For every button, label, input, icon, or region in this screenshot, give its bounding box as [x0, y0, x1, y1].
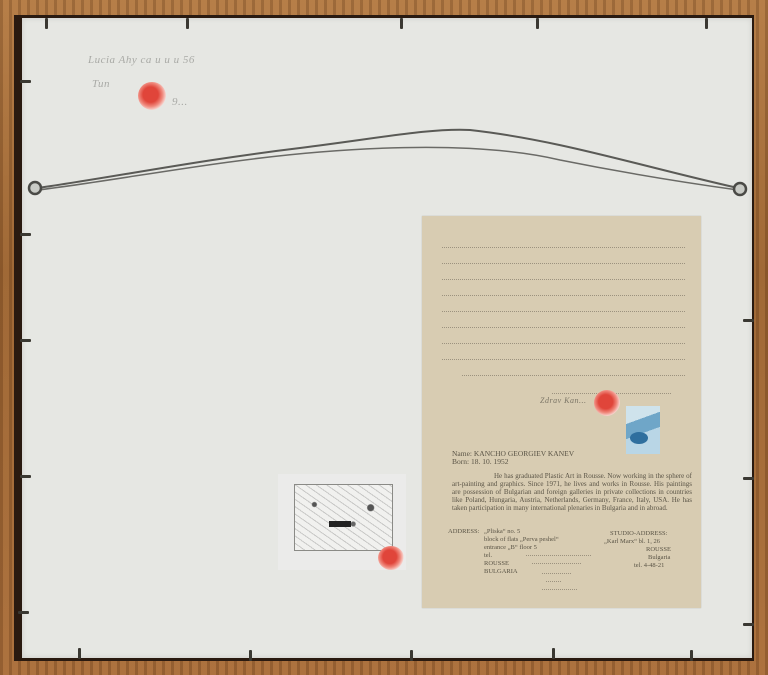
studio-address-line: ROUSSE [646, 546, 671, 554]
address-line: „Pliska“ no. 5 [484, 528, 520, 536]
bio-text: He has graduated Plastic Art in Rousse. … [452, 472, 692, 512]
handwriting-line [462, 374, 685, 376]
studio-address-line: tel. 4-48-21 [634, 562, 664, 570]
wax-seal-icon [594, 390, 620, 416]
handwriting-line [442, 246, 685, 248]
address-line: BULGARIA [484, 568, 518, 576]
address-line: ROUSSE [484, 560, 509, 568]
handwriting-line [442, 358, 685, 360]
handwritten-address-line [546, 580, 561, 582]
screw-eye-left-icon [29, 182, 41, 194]
address-line: block of flats „Perva peshel“ [484, 536, 559, 544]
handwritten-address-line [542, 588, 577, 590]
stamp-emblem-icon [630, 432, 648, 444]
handwriting-line [442, 326, 685, 328]
address-line: entrance „B“ floor 5 [484, 544, 537, 552]
studio-address-line: „Karl Marx“ bl. 1, 26 [604, 538, 660, 546]
artist-born: Born: 18. 10. 1952 [452, 458, 692, 466]
signature: Zdrav Kan... [540, 396, 586, 405]
wax-seal-icon [378, 546, 404, 570]
handwriting-line [442, 262, 685, 264]
handwriting-line [442, 342, 685, 344]
handwriting-line [442, 294, 685, 296]
small-sketch-print [278, 474, 406, 570]
sketch-detail [329, 521, 351, 527]
address-heading: ADDRESS: [448, 528, 479, 536]
screw-eye-right-icon [734, 183, 746, 195]
sketch-image [294, 484, 393, 551]
artist-bio: Name: KANCHO GEORGIEV KANEV Born: 18. 10… [452, 450, 692, 512]
postage-stamp [626, 406, 660, 454]
artist-label: Zdrav Kan... Name: KANCHO GEORGIEV KANEV… [422, 216, 701, 608]
studio-address-heading: STUDIO-ADDRESS: [610, 530, 667, 538]
handwritten-address-line [542, 572, 571, 574]
studio-address-line: Bulgaria [648, 554, 670, 562]
handwritten-address-line [526, 554, 591, 556]
address-line: tel. [484, 552, 492, 560]
handwriting-line [442, 310, 685, 312]
handwritten-address-line [532, 562, 581, 564]
handwriting-line [442, 278, 685, 280]
